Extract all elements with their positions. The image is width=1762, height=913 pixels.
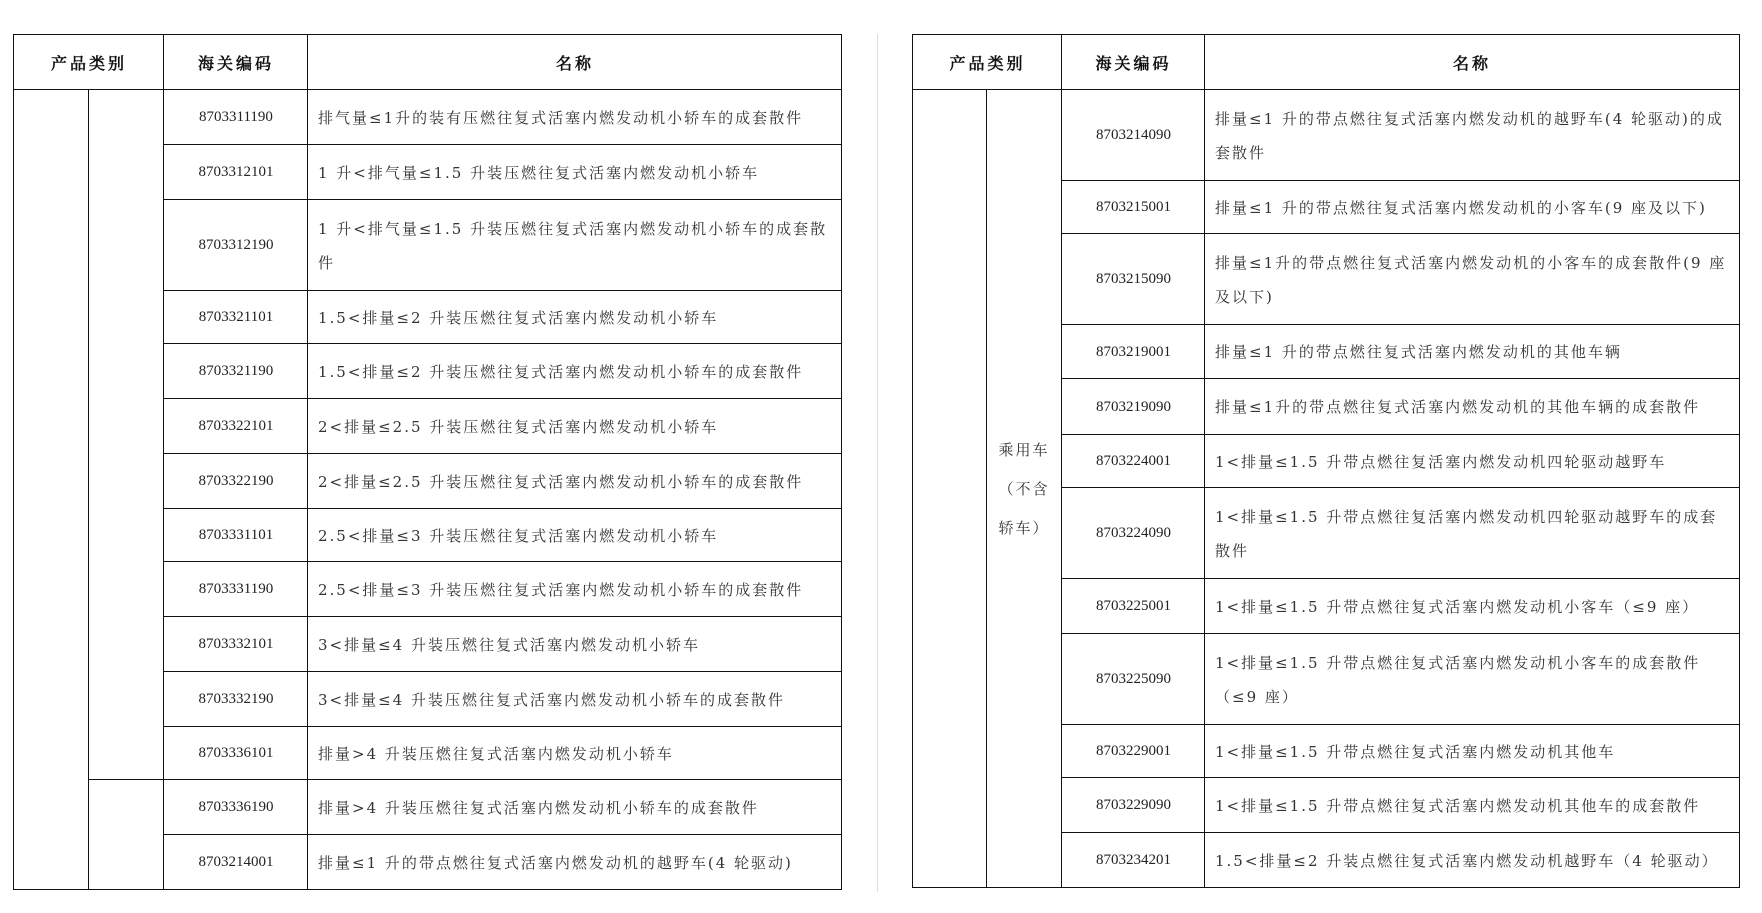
right-category-main-cell: [913, 90, 987, 888]
product-name-cell: 2.5<排量≤3 升装压燃往复式活塞内燃发动机小轿车: [308, 509, 842, 562]
hs-code-cell: 8703336101: [164, 727, 308, 780]
hs-code-cell: 8703215001: [1062, 181, 1205, 234]
right-header-code: 海关编码: [1062, 35, 1205, 90]
hs-code-cell: 8703312101: [164, 145, 308, 200]
left-table: 产品类别 海关编码 名称 8703311190排气量≤1升的装有压燃往复式活塞内…: [13, 34, 842, 890]
hs-code-cell: 8703311190: [164, 90, 308, 145]
product-name-cell: 1<排量≤1.5 升带点燃往复式活塞内燃发动机小客车（≤9 座）: [1205, 579, 1739, 634]
product-name-cell: 2<排量≤2.5 升装压燃往复式活塞内燃发动机小轿车的成套散件: [308, 454, 842, 509]
left-header-category: 产品类别: [14, 35, 164, 90]
product-name-cell: 排量>4 升装压燃往复式活塞内燃发动机小轿车的成套散件: [308, 780, 842, 835]
product-name-cell: 排量≤1 升的带点燃往复式活塞内燃发动机的其他车辆: [1205, 325, 1739, 379]
right-category-label: 乘用车 （不含 轿车）: [987, 90, 1061, 888]
product-name-cell: 1<排量≤1.5 升带点燃往复式活塞内燃发动机其他车的成套散件: [1205, 778, 1739, 833]
category-line-2: （不含: [998, 470, 1049, 509]
right-header-name: 名称: [1205, 35, 1739, 90]
hs-code-cell: 8703224090: [1062, 488, 1205, 579]
left-category-main-cell: [14, 90, 89, 890]
hs-code-cell: 8703229090: [1062, 778, 1205, 833]
category-line-1: 乘用车: [998, 431, 1049, 470]
hs-code-cell: 8703229001: [1062, 725, 1205, 778]
left-header-name: 名称: [308, 35, 842, 90]
product-name-cell: 1<排量≤1.5 升带点燃往复式活塞内燃发动机其他车: [1205, 725, 1739, 778]
product-name-cell: 排量>4 升装压燃往复式活塞内燃发动机小轿车: [308, 727, 842, 780]
product-name-cell: 2<排量≤2.5 升装压燃往复式活塞内燃发动机小轿车: [308, 399, 842, 454]
hs-code-cell: 8703219001: [1062, 325, 1205, 379]
product-name-cell: 3<排量≤4 升装压燃往复式活塞内燃发动机小轿车: [308, 617, 842, 672]
hs-code-cell: 8703214090: [1062, 90, 1205, 181]
product-name-cell: 1.5<排量≤2 升装点燃往复式活塞内燃发动机越野车（4 轮驱动）: [1205, 833, 1739, 888]
product-name-cell: 排量≤1 升的带点燃往复式活塞内燃发动机的小客车(9 座及以下): [1205, 181, 1739, 234]
hs-code-cell: 8703322190: [164, 454, 308, 509]
product-name-cell: 2.5<排量≤3 升装压燃往复式活塞内燃发动机小轿车的成套散件: [308, 562, 842, 617]
left-category-sub-cell-1: [89, 90, 164, 780]
page-separator: [877, 34, 878, 892]
product-name-cell: 排量≤1升的带点燃往复式活塞内燃发动机的小客车的成套散件(9 座及以下): [1205, 234, 1739, 325]
product-name-cell: 排量≤1 升的带点燃往复式活塞内燃发动机的越野车(4 轮驱动): [308, 835, 842, 890]
hs-code-cell: 8703321101: [164, 291, 308, 344]
hs-code-cell: 8703332101: [164, 617, 308, 672]
hs-code-cell: 8703321190: [164, 344, 308, 399]
hs-code-cell: 8703331101: [164, 509, 308, 562]
hs-code-cell: 8703332190: [164, 672, 308, 727]
right-table: 产品类别 海关编码 名称 乘用车 （不含 轿车） 8703214090排量≤1 …: [912, 34, 1740, 888]
hs-code-cell: 8703224001: [1062, 435, 1205, 488]
product-name-cell: 排气量≤1升的装有压燃往复式活塞内燃发动机小轿车的成套散件: [308, 90, 842, 145]
hs-code-cell: 8703336190: [164, 780, 308, 835]
product-name-cell: 1<排量≤1.5 升带点燃往复活塞内燃发动机四轮驱动越野车的成套散件: [1205, 488, 1739, 579]
left-category-sub-cell-2: [89, 780, 164, 835]
category-line-3: 轿车）: [998, 509, 1049, 548]
product-name-cell: 3<排量≤4 升装压燃往复式活塞内燃发动机小轿车的成套散件: [308, 672, 842, 727]
product-name-cell: 排量≤1 升的带点燃往复式活塞内燃发动机的越野车(4 轮驱动)的成套散件: [1205, 90, 1739, 181]
hs-code-cell: 8703215090: [1062, 234, 1205, 325]
hs-code-cell: 8703214001: [164, 835, 308, 890]
product-name-cell: 1<排量≤1.5 升带点燃往复活塞内燃发动机四轮驱动越野车: [1205, 435, 1739, 488]
product-name-cell: 排量≤1升的带点燃往复式活塞内燃发动机的其他车辆的成套散件: [1205, 379, 1739, 435]
hs-code-cell: 8703322101: [164, 399, 308, 454]
hs-code-cell: 8703331190: [164, 562, 308, 617]
hs-code-cell: 8703225001: [1062, 579, 1205, 634]
right-header-category: 产品类别: [913, 35, 1062, 90]
product-name-cell: 1 升<排气量≤1.5 升装压燃往复式活塞内燃发动机小轿车的成套散件: [308, 200, 842, 291]
hs-code-cell: 8703234201: [1062, 833, 1205, 888]
hs-code-cell: 8703312190: [164, 200, 308, 291]
product-name-cell: 1 升<排气量≤1.5 升装压燃往复式活塞内燃发动机小轿车: [308, 145, 842, 200]
hs-code-cell: 8703225090: [1062, 634, 1205, 725]
product-name-cell: 1.5<排量≤2 升装压燃往复式活塞内燃发动机小轿车的成套散件: [308, 344, 842, 399]
hs-code-cell: 8703219090: [1062, 379, 1205, 435]
product-name-cell: 1.5<排量≤2 升装压燃往复式活塞内燃发动机小轿车: [308, 291, 842, 344]
left-header-code: 海关编码: [164, 35, 308, 90]
product-name-cell: 1<排量≤1.5 升带点燃往复式活塞内燃发动机小客车的成套散件（≤9 座）: [1205, 634, 1739, 725]
